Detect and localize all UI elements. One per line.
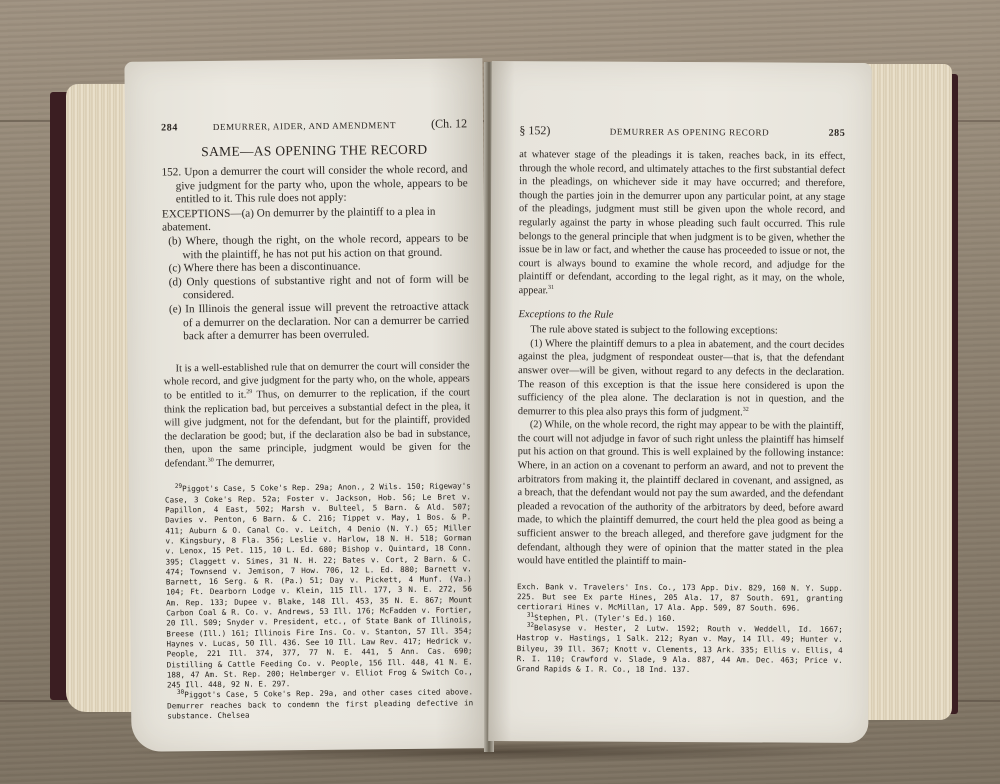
footnote: 32Belasyse v. Hester, 2 Lutw. 1592; Rout…	[517, 623, 843, 676]
exceptions-label-text: EXCEPTIONS—	[162, 207, 242, 220]
running-title: DEMURRER, AIDER, AND AMENDMENT	[213, 120, 396, 132]
paragraph-text: (1) Where the plaintiff demurs to a plea…	[518, 338, 844, 418]
footnotes: 29Piggot's Case, 5 Coke's Rep. 29a; Anon…	[165, 482, 473, 722]
footnote-ref[interactable]: 31	[548, 285, 554, 291]
body-paragraph: It is a well-established rule that on de…	[164, 359, 471, 471]
subheading: Exceptions to the Rule	[518, 308, 844, 323]
black-letter-rule: 152. Upon a demurrer the court will cons…	[161, 163, 469, 344]
section-title: SAME—AS OPENING THE RECORD	[161, 141, 467, 160]
chapter-marker: (Ch. 12	[431, 116, 467, 131]
exception-item: (e) In Illinois the general issue will p…	[163, 300, 469, 344]
footnote-text: Piggot's Case, 5 Coke's Rep. 29a, and ot…	[167, 688, 473, 721]
footnote: Exch. Bank v. Travelers' Ins. Co., 173 A…	[517, 582, 843, 615]
body-text: at whatever stage of the pleadings it is…	[517, 148, 845, 570]
footnote: 29Piggot's Case, 5 Coke's Rep. 29a; Anon…	[165, 482, 473, 691]
exceptions-label: EXCEPTIONS—(a) On demurrer by the plaint…	[162, 205, 468, 235]
page-number: 284	[161, 122, 178, 133]
body-paragraph: (2) While, on the whole record, the righ…	[517, 418, 844, 569]
body-paragraph: The rule above stated is subject to the …	[518, 323, 844, 338]
body-paragraph: at whatever stage of the pleadings it is…	[519, 148, 846, 299]
paragraph-text: at whatever stage of the pleadings it is…	[519, 149, 846, 296]
body-paragraph: (1) Where the plaintiff demurs to a plea…	[518, 337, 844, 420]
running-title: DEMURRER AS OPENING RECORD	[610, 127, 769, 138]
section-marker: § 152)	[519, 123, 550, 138]
exception-item: (b) Where, though the right, on the whol…	[162, 232, 468, 262]
footnote-ref[interactable]: 32	[743, 407, 749, 413]
rule-text: 152. Upon a demurrer the court will cons…	[161, 163, 467, 207]
exception-item: (d) Only questions of substantive right …	[163, 273, 469, 303]
footnote-text: Exch. Bank v. Travelers' Ins. Co., 173 A…	[517, 582, 843, 613]
footnote-text: Piggot's Case, 5 Coke's Rep. 29a; Anon.,…	[165, 482, 473, 690]
footnote-text: Stephen, Pl. (Tyler's Ed.) 160.	[534, 613, 676, 623]
left-page: 284 DEMURRER, AIDER, AND AMENDMENT (Ch. …	[124, 58, 489, 752]
paragraph-text: The demurrer,	[214, 457, 275, 469]
footnotes: Exch. Bank v. Travelers' Ins. Co., 173 A…	[517, 582, 843, 676]
page-number: 285	[829, 128, 846, 139]
footnote: 30Piggot's Case, 5 Coke's Rep. 29a, and …	[167, 688, 473, 722]
footnote-text: Belasyse v. Hester, 2 Lutw. 1592; Routh …	[517, 623, 843, 674]
body-text: It is a well-established rule that on de…	[164, 359, 471, 471]
page-stack-right	[866, 64, 952, 720]
right-page: § 152) DEMURRER AS OPENING RECORD 285 at…	[488, 61, 872, 743]
page-stack-left	[66, 84, 132, 712]
left-running-head: 284 DEMURRER, AIDER, AND AMENDMENT (Ch. …	[161, 116, 467, 134]
right-running-head: § 152) DEMURRER AS OPENING RECORD 285	[519, 123, 845, 140]
